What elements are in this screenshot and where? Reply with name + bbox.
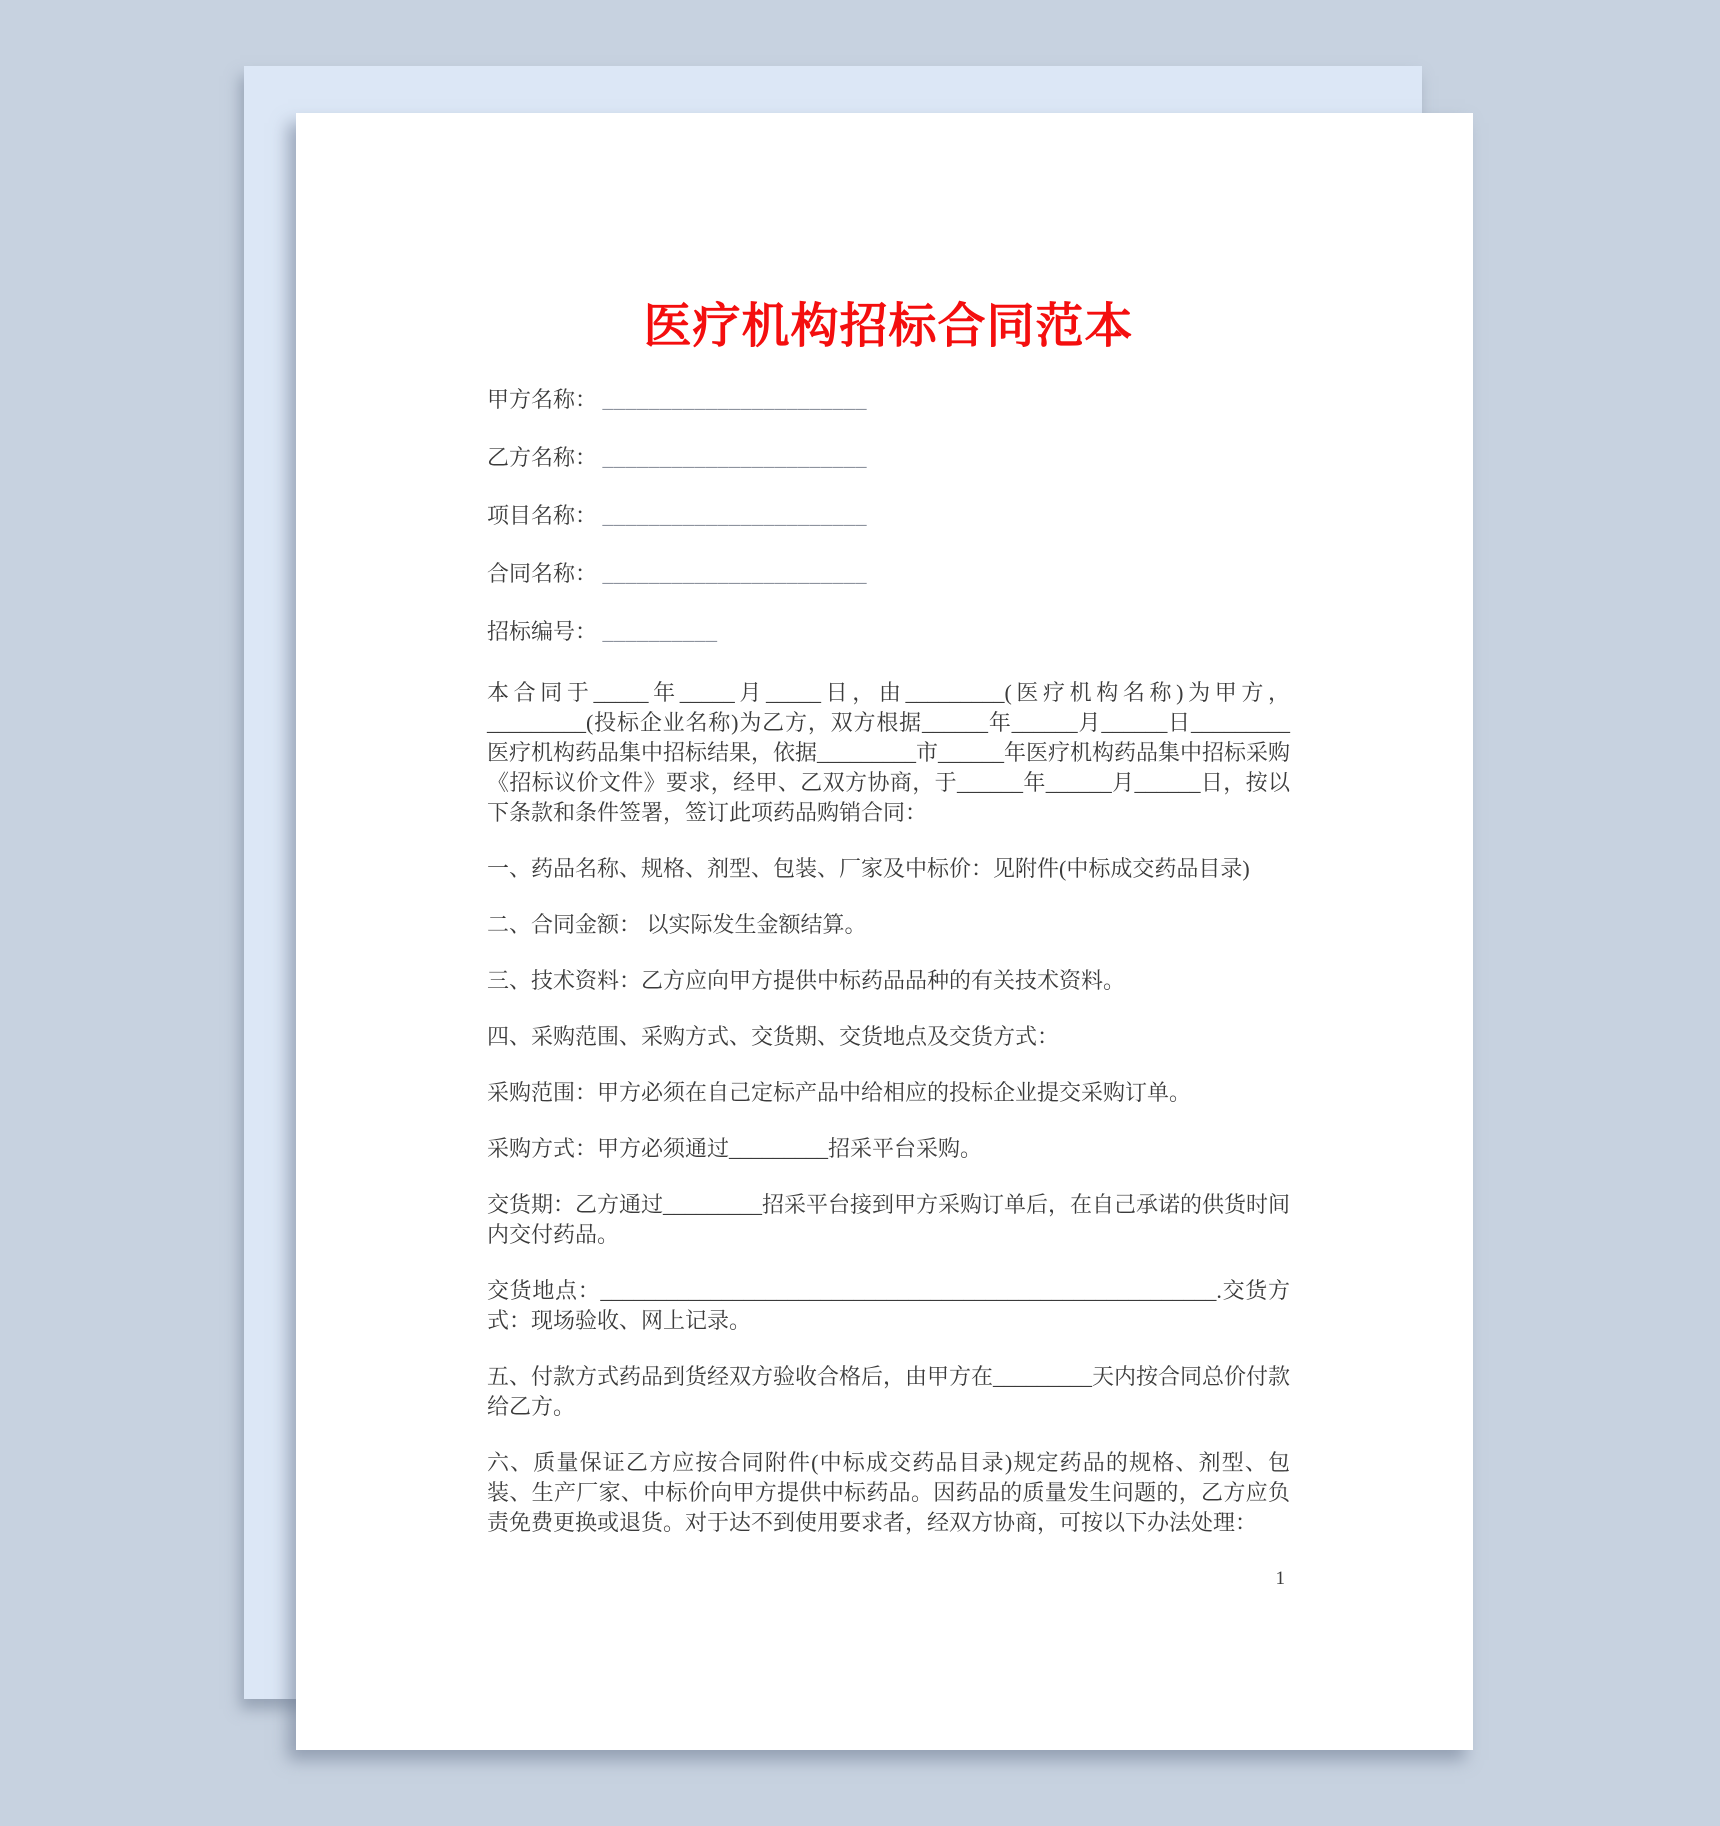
blank-line: _______________________ <box>603 445 868 470</box>
form-row-party-a-name: 甲方名称： _______________________ <box>487 388 1290 412</box>
clause-2-contract-amount: 二、合同金额： 以实际发生金额结算。 <box>487 910 1290 940</box>
clause-procurement-scope: 采购范围：甲方必须在自己定标产品中给相应的投标企业提交采购订单。 <box>487 1078 1290 1108</box>
contract-page: 医疗机构招标合同范本 甲方名称： _______________________… <box>296 113 1473 1750</box>
clause-5-payment: 五、付款方式药品到货经双方验收合格后，由甲方在_________天内按合同总价付… <box>487 1362 1290 1422</box>
clause-delivery-period: 交货期：乙方通过_________招采平台接到甲方采购订单后，在自己承诺的供货时… <box>487 1190 1290 1250</box>
form-label: 乙方名称： <box>487 445 597 470</box>
clause-3-technical-data: 三、技术资料：乙方应向甲方提供中标药品品种的有关技术资料。 <box>487 966 1290 996</box>
form-row-party-b-name: 乙方名称： _______________________ <box>487 446 1290 470</box>
form-row-contract-name: 合同名称： _______________________ <box>487 562 1290 586</box>
clause-intro: 本合同于_____年_____月_____日，由_________(医疗机构名称… <box>487 678 1290 828</box>
document-title: 医疗机构招标合同范本 <box>487 299 1290 355</box>
clause-6-quality-guarantee: 六、质量保证乙方应按合同附件(中标成交药品目录)规定药品的规格、剂型、包装、生产… <box>487 1448 1290 1538</box>
clause-1-drug-info: 一、药品名称、规格、剂型、包装、厂家及中标价：见附件(中标成交药品目录) <box>487 854 1290 884</box>
form-row-tender-number: 招标编号： __________ <box>487 620 1290 644</box>
form-label: 甲方名称： <box>487 387 597 412</box>
form-row-project-name: 项目名称： _______________________ <box>487 504 1290 528</box>
clause-delivery-location: 交货地点：___________________________________… <box>487 1276 1290 1336</box>
blank-line: __________ <box>603 619 718 644</box>
page-number: 1 <box>1276 1568 1286 1590</box>
clause-4-procurement-overview: 四、采购范围、采购方式、交货期、交货地点及交货方式： <box>487 1022 1290 1052</box>
form-label: 项目名称： <box>487 503 597 528</box>
blank-line: _______________________ <box>603 503 868 528</box>
blank-line: _______________________ <box>603 387 868 412</box>
clause-procurement-method: 采购方式：甲方必须通过_________招采平台采购。 <box>487 1134 1290 1164</box>
form-label: 招标编号： <box>487 619 597 644</box>
blank-line: _______________________ <box>603 561 868 586</box>
form-label: 合同名称： <box>487 561 597 586</box>
